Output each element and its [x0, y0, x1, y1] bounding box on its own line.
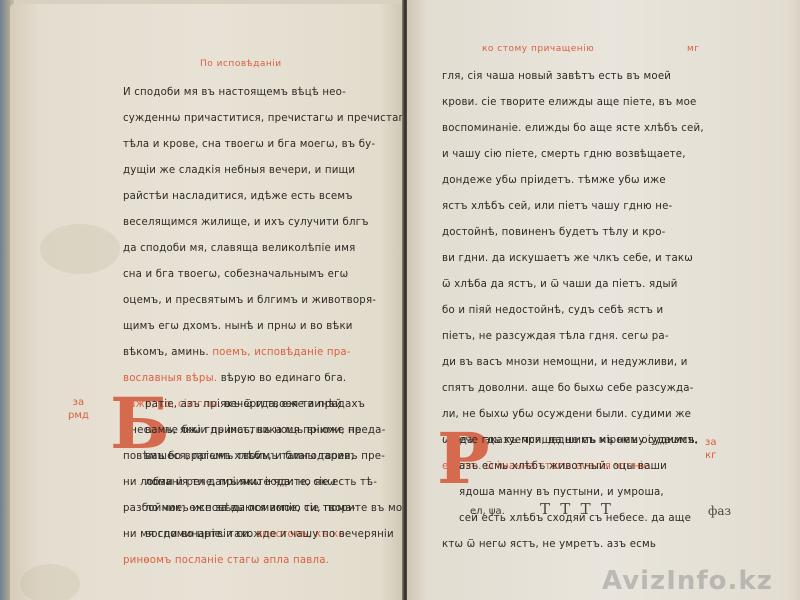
text-line: щимъ егѡ дхомъ. нынѣ и прнѡ и во вѣки — [123, 314, 413, 340]
text-line: ломи и рече, пріимите ядите, сіе есть тѣ… — [145, 470, 409, 496]
right-text-block-3: ктω ѿ негω ястъ, не умретъ. азъ есмь — [442, 532, 656, 558]
margin-note: за кг — [705, 436, 716, 462]
text-line: спятъ доволни. аще бо быхω себе разсужда… — [442, 376, 704, 402]
text-line: дущіи же сладкія небныя вечери, и пищи — [123, 158, 413, 184]
plain-text: вѣкомъ, аминь. — [123, 347, 209, 358]
left-page: По исповѣданіи И сподоби мя въ настоящем… — [10, 4, 405, 600]
text-line: тѣла и крове, сна твоегѡ и бга моегѡ, въ… — [123, 132, 413, 158]
running-head: По исповѣданіи — [200, 59, 282, 69]
text-line: райстѣи насладитися, идѣже есть всемъ — [123, 184, 413, 210]
mixed-line: вѣкомъ, аминь. поемъ, исповѣданіе пра- — [123, 340, 413, 366]
text-line: оцемъ, и пресвятымъ и блгимъ и животворя… — [123, 288, 413, 314]
text-line: ече гдь къ пришедшимъ къ нему іудеωмъ, — [459, 428, 698, 454]
text-line: ди въ васъ мнози немощни, и недужливи, и — [442, 350, 704, 376]
text-line: воспоминаніе. такожде и чашу по вечеряні… — [145, 522, 409, 548]
margin-note-line: за — [68, 396, 89, 409]
rubric-heading: ринѳомъ посланіе стагѡ апла павла. — [123, 548, 413, 574]
text-line: веселящимся жилище, и ихъ сулучити блгъ — [123, 210, 413, 236]
right-text-block-2: ече гдь къ пришедшимъ къ нему іудеωмъ, а… — [459, 428, 698, 532]
text-line: ви гдни. да искушаетъ же члкъ себе, и та… — [442, 246, 704, 272]
text-line: піетъ, не разсуждая тѣла гдня. сегω ра- — [442, 324, 704, 350]
paper-stain — [40, 224, 120, 274]
margin-note: за рмд — [68, 396, 89, 422]
text-line: да сподоби мя, славяща великолѣпіе имя — [123, 236, 413, 262]
text-line: сей есть хлѣбъ сходяй съ небесе. да аще — [459, 506, 698, 532]
text-line: дондеже убω пріидетъ. тѣмже убω иже — [442, 168, 704, 194]
text-line: И сподоби мя въ настоящемъ вѣцѣ нео- — [123, 80, 413, 106]
text-line: воспоминаніе. елижды бо аще ясте хлѣбъ с… — [442, 116, 704, 142]
text-line: ядоша манну въ пустыни, и умроша, — [459, 480, 698, 506]
plain-text: вѣрую во единаго бга. — [221, 373, 347, 384]
text-line: крови. сіе творите елижды аще піете, въ … — [442, 90, 704, 116]
text-line: ло мое, еже за вы ломимое, сіе творите в… — [145, 496, 409, 522]
text-line: гля, сія чаша новый завѣтъ есть въ моей — [442, 64, 704, 90]
text-line: вамъ, якω гдь іисъ, въ нощь внюже преда- — [145, 418, 409, 444]
margin-note-line: кг — [705, 449, 716, 462]
page-number: мг — [687, 44, 700, 54]
text-line: ѿ хлѣба да ястъ, и ѿ чаши да піетъ. ядый — [442, 272, 704, 298]
text-line: ктω ѿ негω ястъ, не умретъ. азъ есмь — [442, 532, 656, 558]
rubric-text: поемъ, исповѣданіе пра- — [212, 347, 350, 358]
text-line: ястъ хлѣбъ сей, или піетъ чашу гдню не- — [442, 194, 704, 220]
left-text-block-2: ратіе, азъ пріяхъ ѿ гда, еже и предахъ в… — [145, 392, 409, 548]
text-line: вашеся, пріемъ хлѣбъ, и благодаривъ пре- — [145, 444, 409, 470]
text-line: бо и піяй недостойнѣ, судъ себѣ ястъ и — [442, 298, 704, 324]
paper-stain — [20, 564, 80, 600]
margin-note-line: за — [705, 436, 716, 449]
text-line: сужденнѡ причаститися, пречистагѡ и преч… — [123, 106, 413, 132]
text-line: ратіе, азъ пріяхъ ѿ гда, еже и предахъ — [145, 392, 409, 418]
right-page: ко стому причащенію мг гля, сія чаша нов… — [407, 0, 800, 600]
text-line: сна и бга твоегѡ, собезначальнымъ егѡ — [123, 262, 413, 288]
text-line: и чашу сію піете, смерть гдню возвѣщаете… — [442, 142, 704, 168]
running-head: ко стому причащенію — [482, 44, 594, 54]
margin-note-line: рмд — [68, 409, 89, 422]
text-line: азъ есмь хлѣбъ животный. оцы ваши — [459, 454, 698, 480]
text-line: достойнѣ, повиненъ будетъ тѣлу и кро- — [442, 220, 704, 246]
